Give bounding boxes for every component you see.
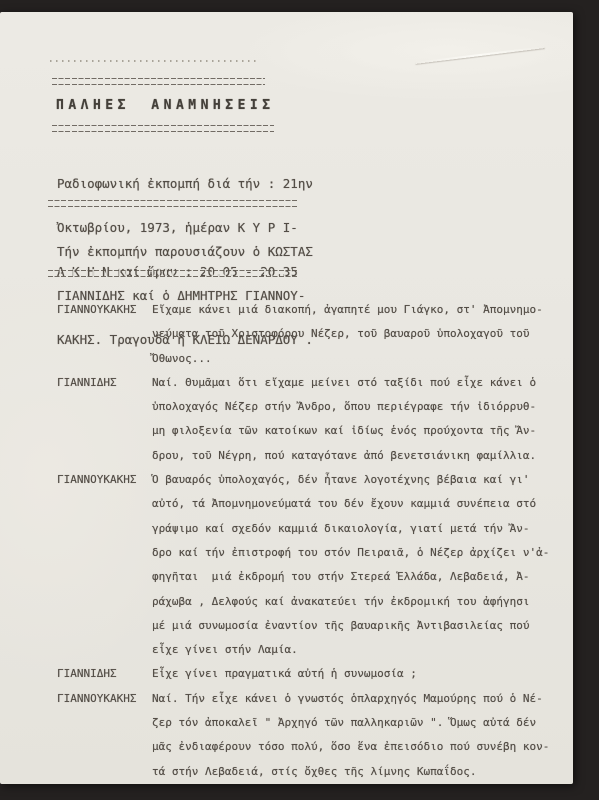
dialogue-line: ζερ τόν ἀποκαλεῖ " Ἀρχηγό τῶν παλληκαριῶ…	[152, 711, 562, 735]
speaker-name: ΓΙΑΝΝΟΥΚΑΚΗΣ	[57, 468, 136, 492]
dialogue-turn: ΓΙΑΝΝΟΥΚΑΚΗΣ Εἴχαμε κάνει μιά διακοπή, ἀ…	[57, 298, 562, 371]
dialogue-turn: ΓΙΑΝΝΟΥΚΑΚΗΣ Ναί. Τήν εἶχε κάνει ὁ γνωστ…	[57, 687, 562, 784]
dialogue-line: ράχωβα , Δελφούς καί ἀνακατεύει τήν ἐκδρ…	[152, 590, 562, 614]
dialogue-line: δρου, τοῦ Νέγρη, πού καταγότανε ἀπό βενε…	[152, 444, 562, 468]
dialogue-turn: ΓΙΑΝΝΙΔΗΣ Εἶχε γίνει πραγματικά αὐτή ἡ σ…	[57, 662, 562, 686]
dialogue-line: νεύματα τοῦ Χριστοφόρου Νέζερ, τοῦ βαυαρ…	[152, 322, 562, 346]
dialogue-line: Ναί. Θυμᾶμαι ὅτι εἴχαμε μείνει στό ταξίδ…	[152, 371, 562, 395]
speaker-name: ΓΙΑΝΝΙΔΗΣ	[57, 662, 117, 686]
broadcast-line: Ραδιοφωνική ἐκπομπή διά τήν : 21ην	[57, 177, 313, 192]
document-page: ΠΑΛΗΕΣ ΑΝΑΜΝΗΣΕΙΣ Ραδιοφωνική ἐκπομπή δι…	[0, 12, 573, 784]
speaker-name: ΓΙΑΝΝΟΥΚΑΚΗΣ	[57, 298, 136, 322]
double-rule-top	[52, 78, 265, 85]
dotted-rule	[50, 60, 256, 62]
presenters-line: Τήν ἐκπομπήν παρουσιάζουν ὁ ΚΩΣΤΑΣ	[57, 245, 313, 260]
dialogue-line: Ὄθωνος...	[152, 347, 562, 371]
dialogue-line: γράψιμο καί σχεδόν καμμιά δικαιολογία, γ…	[152, 517, 562, 541]
dialogue-line: Ναί. Τήν εἶχε κάνει ὁ γνωστός ὁπλαρχηγός…	[152, 687, 562, 711]
double-rule-under-title	[52, 125, 274, 132]
dialogue-turn: ΓΙΑΝΝΙΔΗΣ Ναί. Θυμᾶμαι ὅτι εἴχαμε μείνει…	[57, 371, 562, 468]
double-rule-bottom	[48, 270, 297, 277]
dialogue-line: τά στήν Λεβαδειά, στίς ὄχθες τῆς λίμνης …	[152, 760, 562, 784]
speaker-name: ΓΙΑΝΝΙΔΗΣ	[57, 371, 117, 395]
speaker-name: ΓΙΑΝΝΟΥΚΑΚΗΣ	[57, 687, 136, 711]
dialogue-line: μᾶς ἐνδιαφέρουν τόσο πολύ, ὅσο ἕνα ἐπεισ…	[152, 735, 562, 759]
dialogue-line: δρο καί τήν ἐπιστροφή του στόν Πειραιᾶ, …	[152, 541, 562, 565]
dialogue-line: Ὁ βαυαρός ὑπολοχαγός, δέν ἦτανε λογοτέχν…	[152, 468, 562, 492]
dialogue-line: μέ μιά συνωμοσία ἐναντίον τῆς βαυαρικῆς …	[152, 614, 562, 638]
paper-crease	[415, 46, 544, 64]
page-title: ΠΑΛΗΕΣ ΑΝΑΜΝΗΣΕΙΣ	[56, 98, 275, 113]
dialogue-line: μη φιλοξενία τῶν κατοίκων καί ἰδίως ἑνός…	[152, 419, 562, 443]
dialogue-line: ὑπολοχαγός Νέζερ στήν Ἄνδρο, ὅπου περιέγ…	[152, 395, 562, 419]
dialogue-script: ΓΙΑΝΝΟΥΚΑΚΗΣ Εἴχαμε κάνει μιά διακοπή, ἀ…	[57, 298, 562, 784]
dialogue-line: εἶχε γίνει στήν Λαμία.	[152, 638, 562, 662]
dialogue-line: Εἶχε γίνει πραγματικά αὐτή ἡ συνωμοσία ;	[152, 662, 562, 686]
dialogue-line: Εἴχαμε κάνει μιά διακοπή, ἀγαπητέ μου Γι…	[152, 298, 562, 322]
dialogue-line: φηγῆται μιά ἐκδρομή του στήν Στερεά Ἑλλά…	[152, 565, 562, 589]
dialogue-line: αὐτό, τά Ἀπομνημονεύματά του δέν ἔχουν κ…	[152, 492, 562, 516]
dialogue-turn: ΓΙΑΝΝΟΥΚΑΚΗΣ Ὁ βαυαρός ὑπολοχαγός, δέν ἦ…	[57, 468, 562, 662]
double-rule-mid	[48, 200, 297, 207]
